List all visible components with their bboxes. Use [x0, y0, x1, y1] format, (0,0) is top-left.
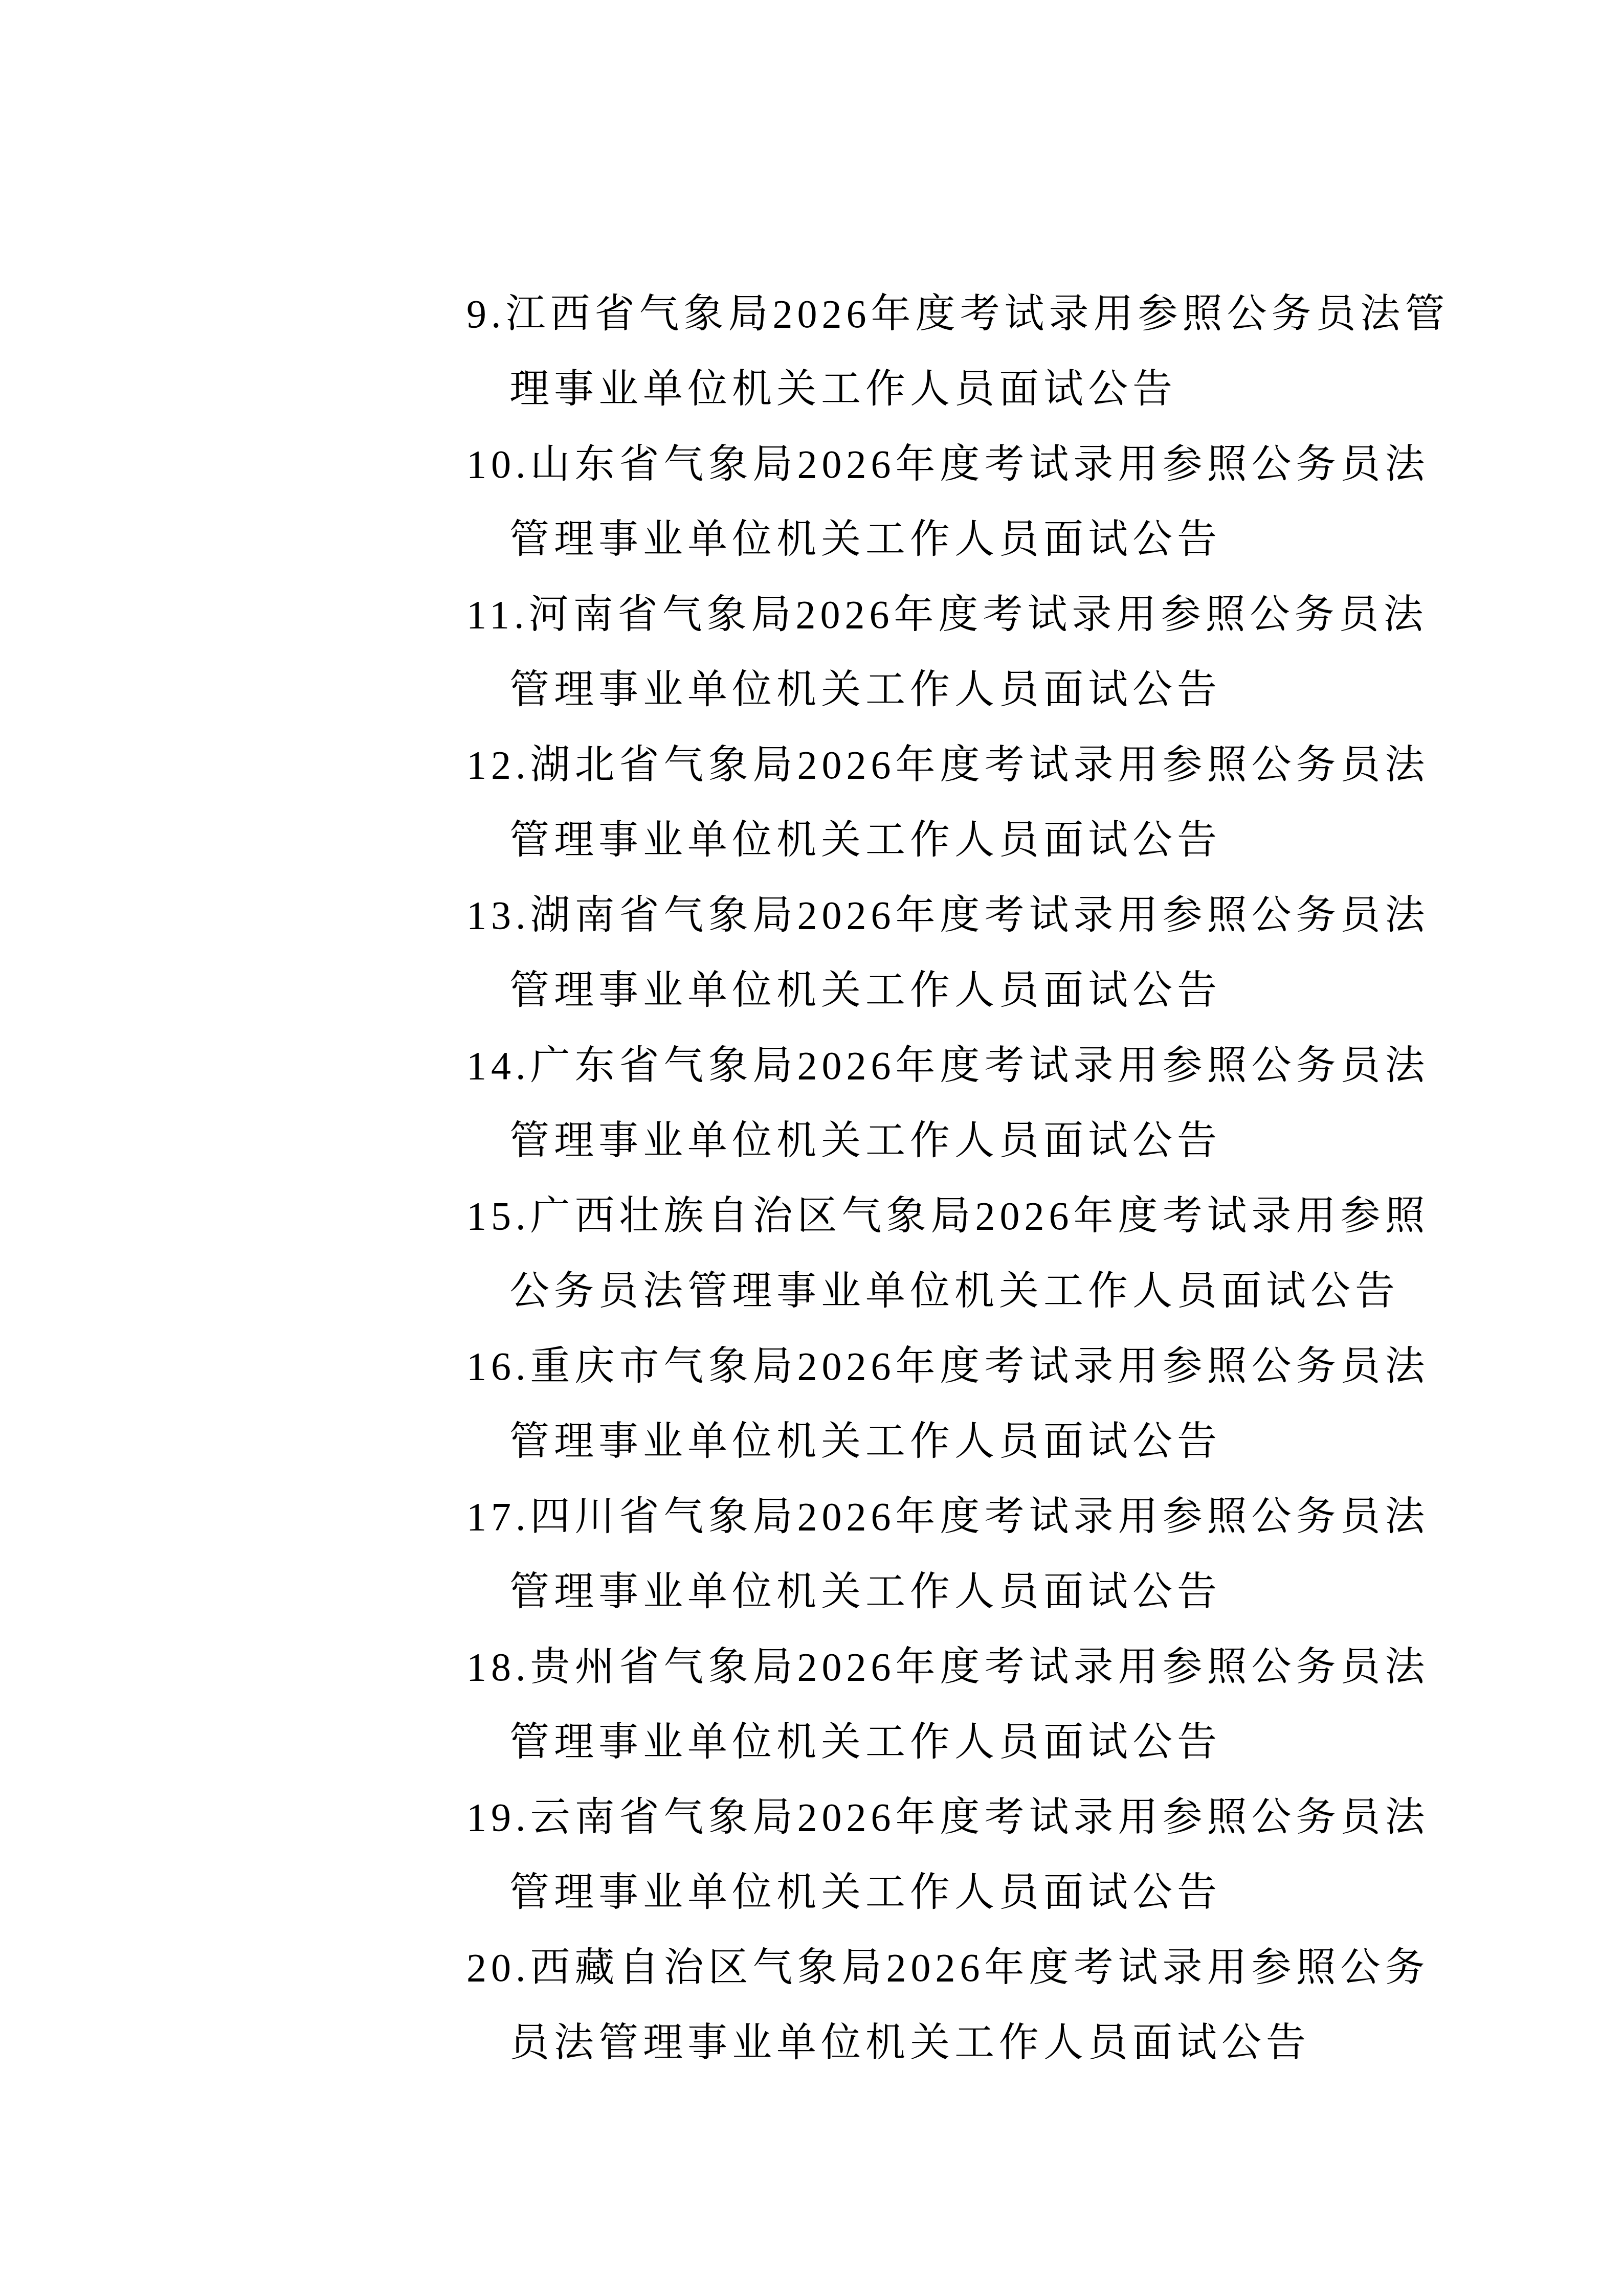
list-item-line-first: 18.贵州省气象局2026年度考试录用参照公务员法	[466, 1629, 1489, 1704]
list-item-line-cont: 员法管理事业单位机关工作人员面试公告	[466, 2005, 1489, 2080]
list-item-line-first: 17.四川省气象局2026年度考试录用参照公务员法	[466, 1479, 1489, 1554]
list-item-line-first: 10.山东省气象局2026年度考试录用参照公务员法	[466, 426, 1489, 502]
list-item-line-cont: 管理事业单位机关工作人员面试公告	[466, 1554, 1489, 1629]
list-item-line-first: 13.湖南省气象局2026年度考试录用参照公务员法	[466, 877, 1489, 953]
list-item-line-cont: 管理事业单位机关工作人员面试公告	[466, 802, 1489, 877]
list-item: 10.山东省气象局2026年度考试录用参照公务员法 管理事业单位机关工作人员面试…	[466, 426, 1489, 577]
list-item-line-first: 12.湖北省气象局2026年度考试录用参照公务员法	[466, 727, 1489, 802]
list-item: 19.云南省气象局2026年度考试录用参照公务员法 管理事业单位机关工作人员面试…	[466, 1780, 1489, 1930]
list-item: 16.重庆市气象局2026年度考试录用参照公务员法 管理事业单位机关工作人员面试…	[466, 1329, 1489, 1479]
list-item-line-first: 11.河南省气象局2026年度考试录用参照公务员法	[466, 577, 1489, 652]
list-item: 17.四川省气象局2026年度考试录用参照公务员法 管理事业单位机关工作人员面试…	[466, 1479, 1489, 1629]
list-item-line-cont: 管理事业单位机关工作人员面试公告	[466, 652, 1489, 727]
list-item-line-cont: 管理事业单位机关工作人员面试公告	[466, 953, 1489, 1028]
list-item: 20.西藏自治区气象局2026年度考试录用参照公务 员法管理事业单位机关工作人员…	[466, 1930, 1489, 2080]
list-item: 14.广东省气象局2026年度考试录用参照公务员法 管理事业单位机关工作人员面试…	[466, 1028, 1489, 1178]
list-item-line-cont: 管理事业单位机关工作人员面试公告	[466, 502, 1489, 577]
list-item-line-cont: 管理事业单位机关工作人员面试公告	[466, 1404, 1489, 1479]
list-item-line-first: 20.西藏自治区气象局2026年度考试录用参照公务	[466, 1930, 1489, 2005]
list-item-line-cont: 理事业单位机关工作人员面试公告	[466, 351, 1489, 426]
list-item-line-first: 16.重庆市气象局2026年度考试录用参照公务员法	[466, 1329, 1489, 1404]
list-item-line-first: 19.云南省气象局2026年度考试录用参照公务员法	[466, 1780, 1489, 1855]
list-item-line-cont: 管理事业单位机关工作人员面试公告	[466, 1704, 1489, 1780]
document-page: 9.江西省气象局2026年度考试录用参照公务员法管 理事业单位机关工作人员面试公…	[0, 0, 1624, 2296]
list-item: 12.湖北省气象局2026年度考试录用参照公务员法 管理事业单位机关工作人员面试…	[466, 727, 1489, 877]
list-item-line-first: 14.广东省气象局2026年度考试录用参照公务员法	[466, 1028, 1489, 1103]
list-item: 15.广西壮族自治区气象局2026年度考试录用参照 公务员法管理事业单位机关工作…	[466, 1178, 1489, 1329]
list-item-line-cont: 管理事业单位机关工作人员面试公告	[466, 1855, 1489, 1930]
list-item-line-cont: 公务员法管理事业单位机关工作人员面试公告	[466, 1253, 1489, 1329]
list-item: 9.江西省气象局2026年度考试录用参照公务员法管 理事业单位机关工作人员面试公…	[466, 276, 1489, 426]
list-item: 13.湖南省气象局2026年度考试录用参照公务员法 管理事业单位机关工作人员面试…	[466, 877, 1489, 1028]
list-item: 11.河南省气象局2026年度考试录用参照公务员法 管理事业单位机关工作人员面试…	[466, 577, 1489, 727]
list-item-line-first: 15.广西壮族自治区气象局2026年度考试录用参照	[466, 1178, 1489, 1253]
announcement-list: 9.江西省气象局2026年度考试录用参照公务员法管 理事业单位机关工作人员面试公…	[466, 276, 1489, 2080]
list-item-line-first: 9.江西省气象局2026年度考试录用参照公务员法管	[466, 276, 1489, 351]
list-item-line-cont: 管理事业单位机关工作人员面试公告	[466, 1103, 1489, 1178]
list-item: 18.贵州省气象局2026年度考试录用参照公务员法 管理事业单位机关工作人员面试…	[466, 1629, 1489, 1780]
